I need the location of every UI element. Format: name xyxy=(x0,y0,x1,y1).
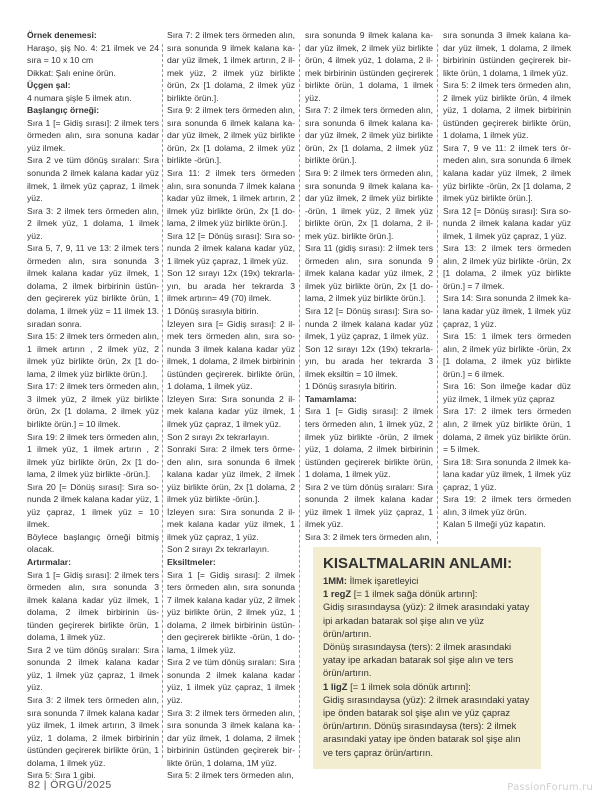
paragraph: Sıra 3: 2 ilmek ters örmeden alın, sıra … xyxy=(167,707,295,770)
section-heading: Tamamlama: xyxy=(305,393,433,406)
paragraph: Sıra 1 [= Gidiş sırası]: 2 ilmek ters ör… xyxy=(167,569,295,657)
paragraph: 1 Dönüş sırasıyla bitirin. xyxy=(305,380,433,393)
abbreviation-term: 1 ligZ xyxy=(323,681,347,692)
paragraph: Sıra 3: 2 ilmek ters örmeden alın, 2 ilm… xyxy=(27,205,159,243)
paragraph: Sıra 3: 2 ilmek ters örmeden alın, xyxy=(305,531,433,544)
paragraph: Sıra 7, 9 ve 11: 2 ilmek ters ör­meden a… xyxy=(443,142,571,205)
abbreviation-definition: [= 1 ilmek sağa dönük artırın]: xyxy=(351,588,477,599)
paragraph: Sıra 5, 7, 9, 11 ve 13: 2 ilmek ters örm… xyxy=(27,242,159,330)
paragraph: Sıra 20 [= Dönüş sırası]: Sıra so­nunda … xyxy=(27,481,159,531)
paragraph: Sıra 9: 2 ilmek ters örmeden alın, sıra … xyxy=(305,167,433,242)
paragraph: 4 numara şişle 5 ilmek atın. xyxy=(27,92,159,105)
paragraph: Sıra 5: 2 ilmek ters örmeden alın, xyxy=(167,769,295,782)
abbreviation-entry: 1 regZ [= 1 ilmek sağa dönük artırın]: xyxy=(323,587,533,600)
paragraph: Sıra 11 (gidiş sırası): 2 ilmek ters örm… xyxy=(305,242,433,305)
text-column-4: sıra sonunda 3 ilmek kalana ka­dar yüz i… xyxy=(443,29,571,531)
paragraph: Kalan 5 ilmeği yüz kapatın. xyxy=(443,518,571,531)
paragraph: Son 2 sırayı 2x tekrarlayın. xyxy=(167,543,295,556)
paragraph: Sıra 9: 2 ilmek ters örmeden alın, sıra … xyxy=(167,104,295,167)
paragraph: Böylece başlangıç örneği bitmiş olacak. xyxy=(27,531,159,556)
paragraph: Sıra 18: Sıra sonunda 2 ilmek ka­lana ka… xyxy=(443,456,571,494)
text-column-3: sıra sonunda 9 ilmek kalana ka­dar yüz i… xyxy=(305,29,433,543)
paragraph: Sıra 16: Son ilmeğe kadar düz yüz ilmek,… xyxy=(443,380,571,405)
paragraph: Sonraki Sıra: 2 ilmek ters örme­den alın… xyxy=(167,443,295,506)
abbreviation-definition: İlmek işaretleyici xyxy=(347,575,418,586)
paragraph: Sıra 3: 2 ilmek ters örmeden alın, sıra … xyxy=(27,694,159,769)
paragraph: Sıra 7: 2 ilmek ters örmeden alın, sıra … xyxy=(167,29,295,104)
paragraph: Sıra 15: 1 ilmek ters örmeden alın, 2 il… xyxy=(443,330,571,380)
paragraph: Sıra 17: 2 ilmek ters örmeden alın, 3 il… xyxy=(27,380,159,430)
abbreviation-text: Gidiş sırasındaysa (yüz): 2 ilmek arasın… xyxy=(323,693,533,759)
paragraph: İzleyen sıra: Sıra sonunda 2 il­mek kala… xyxy=(167,506,295,544)
abbreviations-box: KISALTMALARIN ANLAMI: 1MM: İlmek işaretl… xyxy=(313,547,541,769)
abbreviation-term: 1 regZ xyxy=(323,588,351,599)
paragraph: Son 12 sırayı 12x (19x) tekrarla­yın, bu… xyxy=(305,343,433,381)
section-heading: Üçgen şal: xyxy=(27,79,159,92)
paragraph: Sıra 2 ve tüm dönüş sıraları: Sıra sonun… xyxy=(167,656,295,706)
section-heading: Eksiltmeler: xyxy=(167,556,295,569)
paragraph: sıra sonunda 3 ilmek kalana ka­dar yüz i… xyxy=(443,29,571,79)
paragraph: sıra sonunda 9 ilmek kalana ka­dar yüz i… xyxy=(305,29,433,104)
paragraph: Sıra 1 [= Gidiş sırası]: 2 ilmek ters ör… xyxy=(27,117,159,155)
paragraph: Sıra 15: 2 ilmek ters örmeden alın, 1 il… xyxy=(27,330,159,380)
paragraph: Sıra 1 [= Gidiş sırası]: 2 ilmek ters ör… xyxy=(305,405,433,480)
paragraph: Haraşo, şiş No. 4: 21 ilmek ve 24 sıra =… xyxy=(27,42,159,67)
paragraph: Sıra 1 [= Gidiş sırası]: 2 ilmek ters ör… xyxy=(27,569,159,644)
section-heading: Başlangıç örneği: xyxy=(27,104,159,117)
paragraph: Sıra 19: 2 ilmek ters örmeden alın, 3 il… xyxy=(443,493,571,518)
paragraph: İzleyen Sıra: Sıra sonunda 2 il­mek kala… xyxy=(167,393,295,431)
abbreviation-term: 1MM: xyxy=(323,575,347,586)
page-footer: 82 | ÖRGÜ/2025 xyxy=(28,779,112,791)
paragraph: Son 2 sırayı 2x tekrarlayın. xyxy=(167,431,295,444)
paragraph: Sıra 19: 2 ilmek ters örmeden alın, 1 il… xyxy=(27,431,159,481)
paragraph: Son 12 sırayı 12x (19x) tekrarla­yın, bu… xyxy=(167,267,295,305)
text-column-2: Sıra 7: 2 ilmek ters örmeden alın, sıra … xyxy=(167,29,295,782)
abbreviation-text: Gidiş sırasındaysa (yüz): 2 ilmek arasın… xyxy=(323,600,533,640)
paragraph: Sıra 2 ve tüm dönüş sıraları: Sıra sonun… xyxy=(27,154,159,204)
paragraph: Dikkat: Şalı enine örün. xyxy=(27,67,159,80)
abbreviation-definition: [= 1 ilmek sola dönük artırın]: xyxy=(347,681,470,692)
paragraph: Sıra 12 [= Dönüş sırası]: Sıra so­nunda … xyxy=(305,305,433,343)
section-heading: Artırmalar: xyxy=(27,556,159,569)
paragraph: Sıra 11: 2 ilmek ters örmeden alın, sıra… xyxy=(167,167,295,230)
paragraph: Sıra 13: 2 ilmek ters örmeden alın, 2 il… xyxy=(443,242,571,292)
column-divider xyxy=(162,44,163,758)
paragraph: Sıra 7: 2 ilmek ters örmeden alın, sıra … xyxy=(305,104,433,167)
paragraph: Sıra 12 [= Dönüş sırası]: Sıra so­nunda … xyxy=(167,230,295,268)
paragraph: 1 Dönüş sırasıyla bitirin. xyxy=(167,305,295,318)
paragraph: Sıra 2 ve tüm dönüş sıraları: Sıra sonun… xyxy=(305,481,433,531)
section-heading: Örnek denemesi: xyxy=(27,29,159,42)
paragraph: Sıra 17: 2 ilmek ters örmeden alın, 2 il… xyxy=(443,405,571,455)
paragraph: İzleyen sıra [= Gidiş sırası]: 2 il­mek … xyxy=(167,318,295,393)
column-divider xyxy=(437,44,438,544)
paragraph: Sıra 5: 2 ilmek ters örmeden alın, 2 ilm… xyxy=(443,79,571,142)
paragraph: Sıra 14: Sıra sonunda 2 ilmek ka­lana ka… xyxy=(443,292,571,330)
abbreviations-title: KISALTMALARIN ANLAMI: xyxy=(323,555,533,573)
column-divider xyxy=(299,44,300,758)
paragraph: Sıra 12 [= Dönüş sırası]: Sıra so­nunda … xyxy=(443,205,571,243)
abbreviation-text: Dönüş sırasındaysa (ters): 2 ilmek arası… xyxy=(323,640,533,680)
abbreviation-entry: 1 ligZ [= 1 ilmek sola dönük artırın]: xyxy=(323,680,533,693)
text-column-1: Örnek denemesi: Haraşo, şiş No. 4: 21 il… xyxy=(27,29,159,782)
abbreviation-entry: 1MM: İlmek işaretleyici xyxy=(323,574,533,587)
watermark: PassionForum.ru xyxy=(507,782,593,793)
paragraph: Sıra 2 ve tüm dönüş sıraları: Sıra sonun… xyxy=(27,644,159,694)
